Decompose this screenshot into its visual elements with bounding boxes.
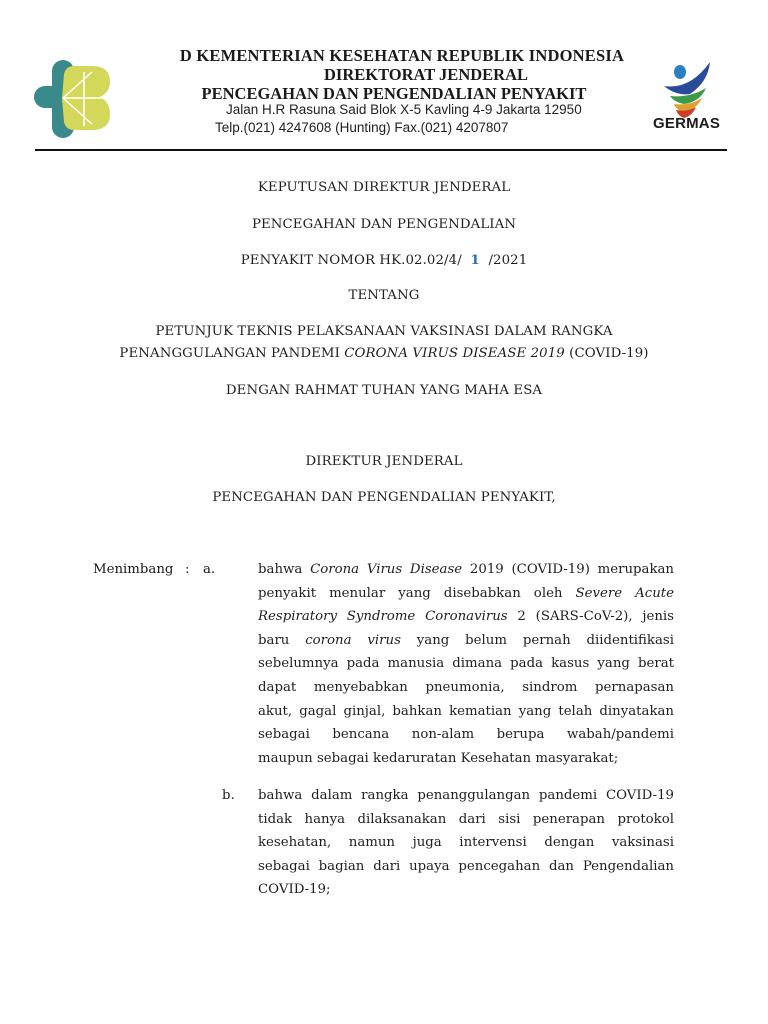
paragraph-line: sebelumnya pada manusia dimana pada kasu… <box>258 652 674 676</box>
paragraph-line: sebagai bagian dari upaya pencegahan dan… <box>258 855 674 879</box>
paragraph-line: sebagai bencana non-alam berupa wabah/pa… <box>258 723 674 747</box>
paragraph-line: dapat menyebabkan pneumonia, sindrom per… <box>258 676 674 700</box>
paragraph-line: Respiratory Syndrome Coronavirus 2 (SARS… <box>258 605 674 629</box>
decree-number-suffix: /2021 <box>488 253 527 268</box>
decree-title-line2: PENCEGAHAN DAN PENGENDALIAN <box>0 217 768 232</box>
paragraph-line: akut, gagal ginjal, bahkan kematian yang… <box>258 700 674 724</box>
item-b-letter: b. <box>222 788 235 803</box>
paragraph-line: bahwa Corona Virus Disease 2019 (COVID-1… <box>258 558 674 582</box>
tentang-heading: TENTANG <box>0 288 768 303</box>
paragraph-line: baru corona virus yang belum pernah diid… <box>258 629 674 653</box>
menimbang-colon: : <box>185 562 189 577</box>
menimbang-item-b: bahwa dalam rangka penanggulangan pandem… <box>258 784 674 902</box>
subject-line-2: PENANGGULANGAN PANDEMI CORONA VIRUS DISE… <box>0 346 768 361</box>
invocation: DENGAN RAHMAT TUHAN YANG MAHA ESA <box>0 383 768 398</box>
subject-italic: CORONA VIRUS DISEASE 2019 <box>344 346 565 361</box>
decree-title: KEPUTUSAN DIREKTUR JENDERAL <box>0 180 768 195</box>
decree-number-value: 1 <box>470 253 479 268</box>
germas-logo-text: GERMAS <box>653 115 720 132</box>
letterhead-divider <box>35 149 727 151</box>
decree-number: PENYAKIT NOMOR HK.02.02/4/ 1 /2021 <box>0 253 768 268</box>
menimbang-item-a: bahwa Corona Virus Disease 2019 (COVID-1… <box>258 558 674 770</box>
paragraph-line: penyakit menular yang disebabkan oleh Se… <box>258 582 674 606</box>
letterhead-address: Jalan H.R Rasuna Said Blok X-5 Kavling 4… <box>226 102 582 117</box>
paragraph-line: bahwa dalam rangka penanggulangan pandem… <box>258 784 674 808</box>
subject-line-1: PETUNJUK TEKNIS PELAKSANAAN VAKSINASI DA… <box>0 324 768 339</box>
paragraph-line: COVID-19; <box>258 878 674 902</box>
letterhead-contact: Telp.(021) 4247608 (Hunting) Fax.(021) 4… <box>215 120 508 135</box>
subject-prefix: PENANGGULANGAN PANDEMI <box>119 346 344 361</box>
menimbang-label: Menimbang <box>93 562 173 577</box>
paragraph-line: kesehatan, namun juga intervensi dengan … <box>258 831 674 855</box>
paragraph-line: tidak hanya dilaksanakan dari sisi pener… <box>258 808 674 832</box>
authority-title-line2: PENCEGAHAN DAN PENGENDALIAN PENYAKIT, <box>0 490 768 505</box>
paragraph-line: maupun sebagai kedaruratan Kesehatan mas… <box>258 747 674 771</box>
authority-title: DIREKTUR JENDERAL <box>0 454 768 469</box>
decree-number-prefix: PENYAKIT NOMOR HK.02.02/4/ <box>241 253 462 268</box>
subject-suffix: (COVID-19) <box>565 346 649 361</box>
item-a-letter: a. <box>203 562 215 577</box>
